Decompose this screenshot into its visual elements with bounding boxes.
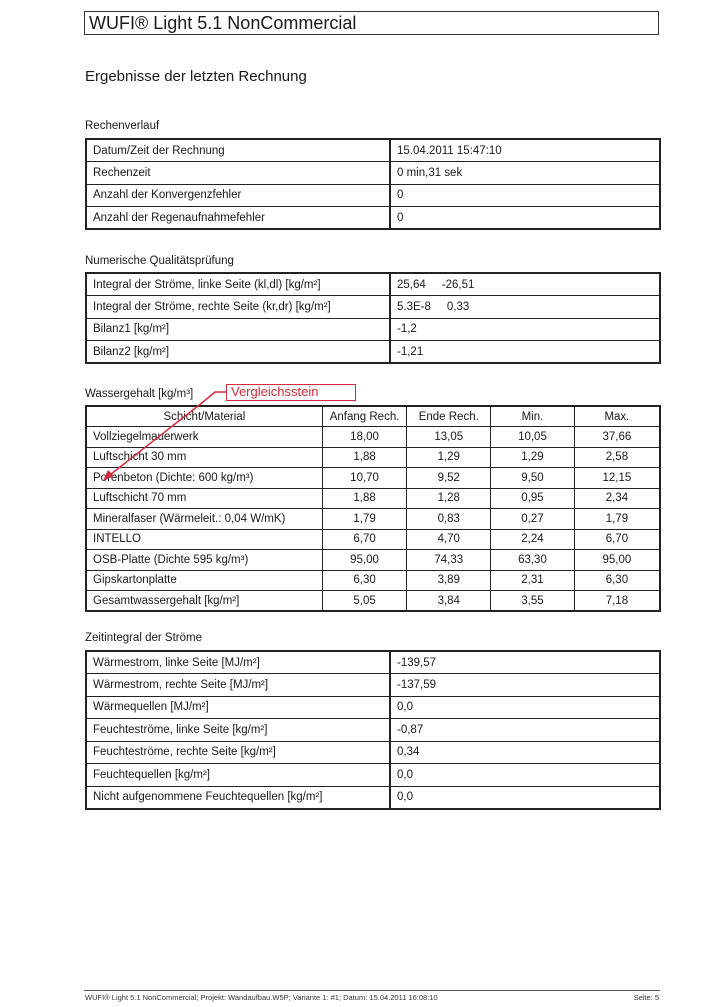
row-value: 0 — [390, 184, 660, 207]
row-value: 0,0 — [390, 764, 660, 787]
table-row: INTELLO6,704,702,246,70 — [86, 529, 660, 550]
row-value: 0,0 — [390, 696, 660, 719]
table-row: OSB-Platte (Dichte 595 kg/m³)95,0074,336… — [86, 550, 660, 571]
row-label: Anzahl der Regenaufnahmefehler — [86, 207, 390, 230]
cell-value: 0,95 — [491, 488, 575, 509]
cell-value: 0,83 — [407, 509, 491, 530]
row-value: -0,87 — [390, 719, 660, 742]
row-value: 0,0 — [390, 786, 660, 809]
row-label: Rechenzeit — [86, 162, 390, 185]
cell-value: 13,05 — [407, 427, 491, 448]
footer-divider — [84, 990, 660, 991]
table-row: Feuchteströme, rechte Seite [kg/m²]0,34 — [86, 741, 660, 764]
section-label-wassergehalt: Wassergehalt [kg/m³] — [85, 388, 193, 400]
cell-value: 74,33 — [407, 550, 491, 571]
table-row: Vollziegelmauerwerk18,0013,0510,0537,66 — [86, 427, 660, 448]
row-value: 0 min,31 sek — [390, 162, 660, 185]
cell-value: 63,30 — [491, 550, 575, 571]
cell-value: 1,29 — [407, 447, 491, 468]
material-name: Luftschicht 30 mm — [86, 447, 322, 468]
row-label: Wärmestrom, rechte Seite [MJ/m²] — [86, 674, 390, 697]
cell-value: 12,15 — [574, 468, 660, 489]
table-row: Gesamtwassergehalt [kg/m²]5,053,843,557,… — [86, 591, 660, 612]
material-name: INTELLO — [86, 529, 322, 550]
section-label-qualitaet: Numerische Qualitätsprüfung — [85, 255, 234, 267]
column-header: Anfang Rech. — [322, 406, 407, 427]
cell-value: 10,70 — [322, 468, 407, 489]
cell-value: 2,34 — [574, 488, 660, 509]
row-label: Feuchteströme, rechte Seite [kg/m²] — [86, 741, 390, 764]
row-value: 0 — [390, 207, 660, 230]
cell-value: 2,58 — [574, 447, 660, 468]
table-row: Bilanz2 [kg/m²] -1,21 — [86, 341, 660, 364]
section-label-zeitintegral: Zeitintegral der Ströme — [85, 632, 202, 644]
material-name: Gesamtwassergehalt [kg/m²] — [86, 591, 322, 612]
cell-value: 4,70 — [407, 529, 491, 550]
page-number: Seite: 5 — [634, 993, 659, 1002]
table-row: Nicht aufgenommene Feuchtequellen [kg/m²… — [86, 786, 660, 809]
cell-value: 3,89 — [407, 570, 491, 591]
table-row: Feuchteströme, linke Seite [kg/m²]-0,87 — [86, 719, 660, 742]
wassergehalt-table: Schicht/Material Anfang Rech. Ende Rech.… — [85, 405, 661, 612]
cell-value: 5,05 — [322, 591, 407, 612]
column-header: Max. — [574, 406, 660, 427]
material-name: Gipskartonplatte — [86, 570, 322, 591]
cell-value: 1,28 — [407, 488, 491, 509]
cell-value: 10,05 — [491, 427, 575, 448]
document-title: WUFI® Light 5.1 NonCommercial — [84, 11, 659, 35]
column-header: Min. — [491, 406, 575, 427]
row-value: -137,59 — [390, 674, 660, 697]
table-header-row: Schicht/Material Anfang Rech. Ende Rech.… — [86, 406, 660, 427]
table-row: Anzahl der Konvergenzfehler 0 — [86, 184, 660, 207]
row-label: Bilanz2 [kg/m²] — [86, 341, 390, 364]
table-row: Integral der Ströme, rechte Seite (kr,dr… — [86, 296, 660, 319]
cell-value: 1,29 — [491, 447, 575, 468]
row-label: Wärmequellen [MJ/m²] — [86, 696, 390, 719]
row-value: 25,64-26,51 — [390, 273, 660, 296]
table-row: Bilanz1 [kg/m²] -1,2 — [86, 318, 660, 341]
cell-value: 2,24 — [491, 529, 575, 550]
material-name: Luftschicht 70 mm — [86, 488, 322, 509]
annotation-callout: Vergleichsstein — [226, 384, 356, 401]
cell-value: 0,27 — [491, 509, 575, 530]
table-row: Luftschicht 30 mm1,881,291,292,58 — [86, 447, 660, 468]
cell-value: 9,52 — [407, 468, 491, 489]
cell-value: 1,88 — [322, 447, 407, 468]
row-value: -1,21 — [390, 341, 660, 364]
row-label: Datum/Zeit der Rechnung — [86, 139, 390, 162]
table-row: Wärmestrom, linke Seite [MJ/m²]-139,57 — [86, 651, 660, 674]
cell-value: 6,70 — [322, 529, 407, 550]
value-1: 5.3E-8 — [397, 301, 431, 313]
cell-value: 6,30 — [322, 570, 407, 591]
table-row: Rechenzeit 0 min,31 sek — [86, 162, 660, 185]
cell-value: 3,55 — [491, 591, 575, 612]
qualitaet-table: Integral der Ströme, linke Seite (kl,dl)… — [85, 272, 661, 364]
table-row: Integral der Ströme, linke Seite (kl,dl)… — [86, 273, 660, 296]
row-label: Integral der Ströme, rechte Seite (kr,dr… — [86, 296, 390, 319]
row-label: Anzahl der Konvergenzfehler — [86, 184, 390, 207]
value-1: -1,2 — [397, 323, 417, 335]
column-header: Ende Rech. — [407, 406, 491, 427]
material-name: OSB-Platte (Dichte 595 kg/m³) — [86, 550, 322, 571]
cell-value: 18,00 — [322, 427, 407, 448]
value-1: -1,21 — [397, 346, 423, 358]
table-row: Mineralfaser (Wärmeleit.: 0,04 W/mK)1,79… — [86, 509, 660, 530]
table-row: Porenbeton (Dichte: 600 kg/m³)10,709,529… — [86, 468, 660, 489]
value-1: 25,64 — [397, 279, 426, 291]
table-row: Gipskartonplatte6,303,892,316,30 — [86, 570, 660, 591]
cell-value: 6,30 — [574, 570, 660, 591]
cell-value: 1,79 — [322, 509, 407, 530]
cell-value: 6,70 — [574, 529, 660, 550]
row-label: Feuchtequellen [kg/m²] — [86, 764, 390, 787]
cell-value: 95,00 — [574, 550, 660, 571]
row-label: Nicht aufgenommene Feuchtequellen [kg/m²… — [86, 786, 390, 809]
cell-value: 3,84 — [407, 591, 491, 612]
material-name: Mineralfaser (Wärmeleit.: 0,04 W/mK) — [86, 509, 322, 530]
value-2: 0,33 — [447, 301, 469, 313]
table-row: Wärmequellen [MJ/m²]0,0 — [86, 696, 660, 719]
section-label-rechenverlauf: Rechenverlauf — [85, 120, 159, 132]
table-row: Datum/Zeit der Rechnung 15.04.2011 15:47… — [86, 139, 660, 162]
rechenverlauf-table: Datum/Zeit der Rechnung 15.04.2011 15:47… — [85, 138, 661, 230]
row-label: Bilanz1 [kg/m²] — [86, 318, 390, 341]
cell-value: 1,79 — [574, 509, 660, 530]
row-label: Feuchteströme, linke Seite [kg/m²] — [86, 719, 390, 742]
table-row: Anzahl der Regenaufnahmefehler 0 — [86, 207, 660, 230]
row-value: -139,57 — [390, 651, 660, 674]
footer-info: WUFI® Light 5.1 NonCommercial; Projekt: … — [85, 993, 438, 1002]
row-value: -1,2 — [390, 318, 660, 341]
table-row: Wärmestrom, rechte Seite [MJ/m²]-137,59 — [86, 674, 660, 697]
value-2: -26,51 — [442, 279, 475, 291]
page-heading: Ergebnisse der letzten Rechnung — [85, 68, 307, 85]
row-value: 5.3E-80,33 — [390, 296, 660, 319]
material-name: Porenbeton (Dichte: 600 kg/m³) — [86, 468, 322, 489]
cell-value: 95,00 — [322, 550, 407, 571]
cell-value: 1,88 — [322, 488, 407, 509]
cell-value: 9,50 — [491, 468, 575, 489]
row-value: 0,34 — [390, 741, 660, 764]
cell-value: 37,66 — [574, 427, 660, 448]
column-header: Schicht/Material — [86, 406, 322, 427]
row-label: Wärmestrom, linke Seite [MJ/m²] — [86, 651, 390, 674]
table-row: Feuchtequellen [kg/m²]0,0 — [86, 764, 660, 787]
material-name: Vollziegelmauerwerk — [86, 427, 322, 448]
row-label: Integral der Ströme, linke Seite (kl,dl)… — [86, 273, 390, 296]
row-value: 15.04.2011 15:47:10 — [390, 139, 660, 162]
cell-value: 2,31 — [491, 570, 575, 591]
zeitintegral-table: Wärmestrom, linke Seite [MJ/m²]-139,57Wä… — [85, 650, 661, 810]
cell-value: 7,18 — [574, 591, 660, 612]
table-row: Luftschicht 70 mm1,881,280,952,34 — [86, 488, 660, 509]
